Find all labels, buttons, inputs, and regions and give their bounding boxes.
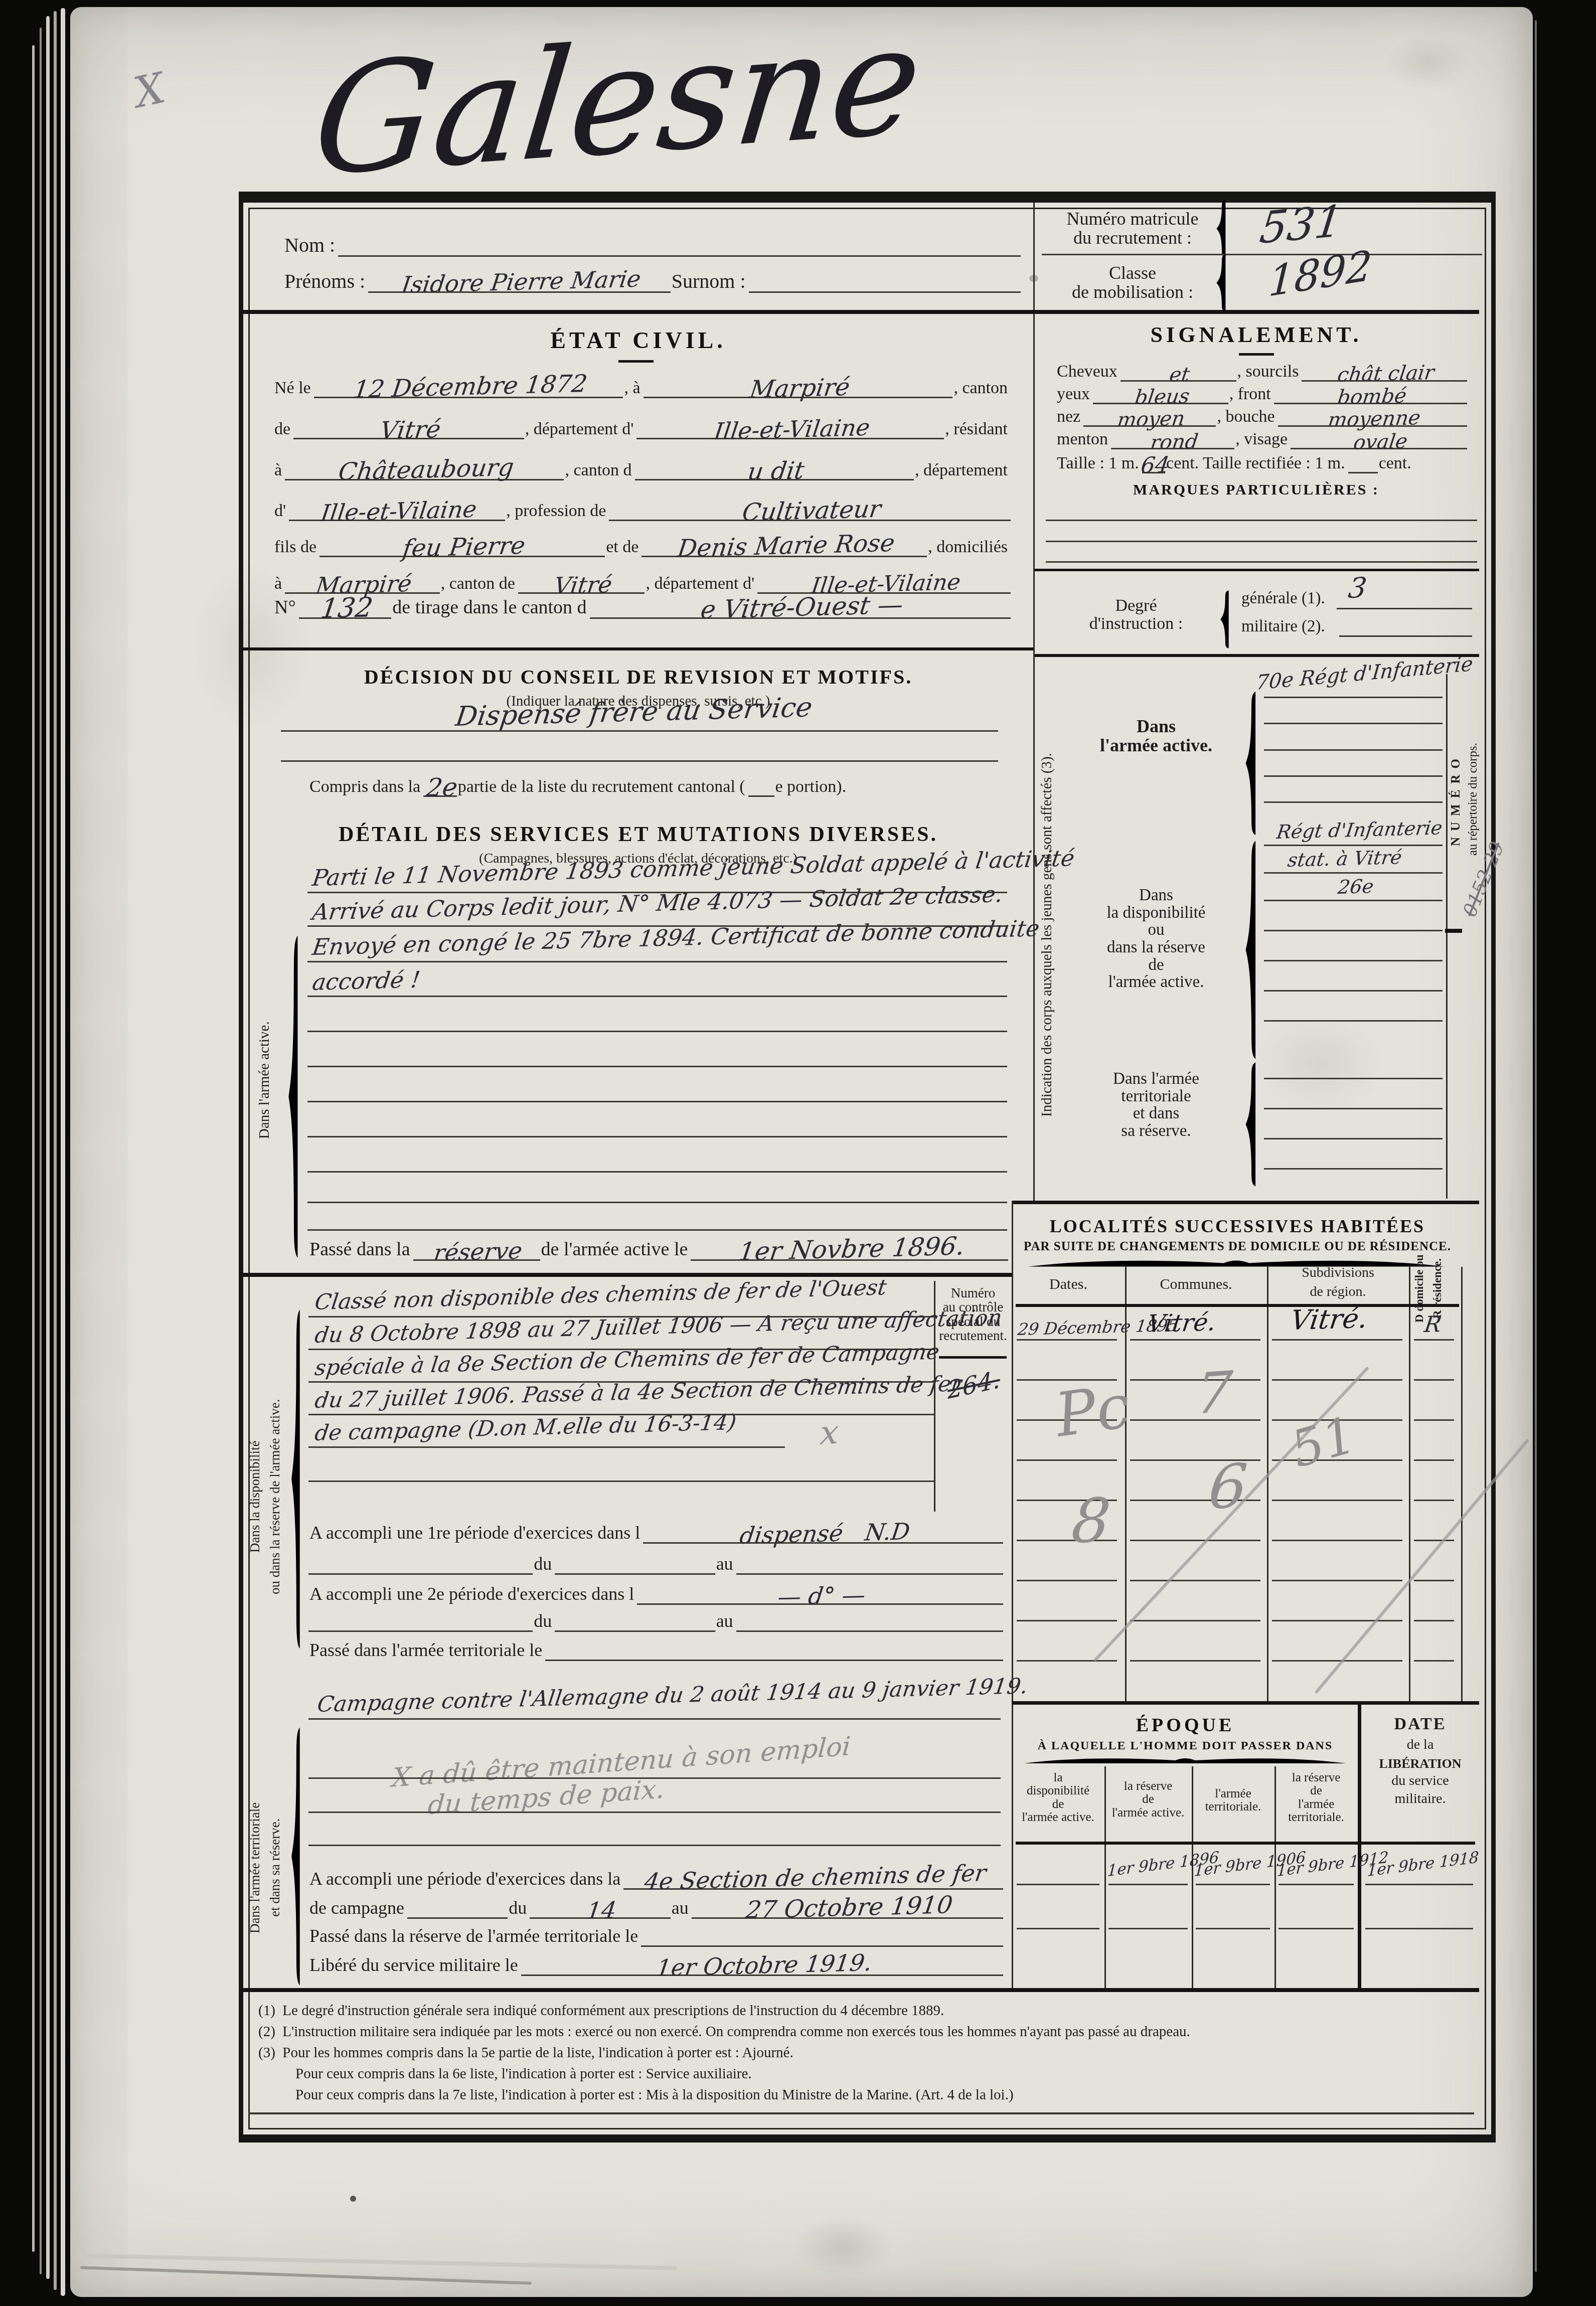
thick-rule xyxy=(1033,654,1479,657)
rule xyxy=(1445,929,1462,933)
line: 1er Octobre 1919. xyxy=(521,1956,1003,1976)
surname-script: Galesne xyxy=(307,5,928,198)
armee-active-label: Dans l'armée active. xyxy=(1071,717,1241,755)
etat-civil-title: ÉTAT CIVIL. xyxy=(243,327,1033,354)
rule xyxy=(1046,541,1477,542)
armee-active-side-label: Dans l'armée active. xyxy=(256,985,276,1176)
thick-rule xyxy=(243,1988,1479,1992)
page-edge xyxy=(54,11,57,2290)
divider xyxy=(1409,1267,1410,1701)
rule xyxy=(1414,1540,1454,1541)
label: de tirage dans le canton d xyxy=(391,598,589,619)
rule xyxy=(1264,801,1443,803)
line xyxy=(555,1573,715,1575)
line xyxy=(407,1917,508,1919)
rule xyxy=(1414,1580,1454,1581)
value: 14 xyxy=(585,1898,618,1922)
thick-rule xyxy=(1016,1842,1475,1845)
disponibilite-side-label1: Dans la disponibilité xyxy=(247,1331,267,1662)
reserve-text4: du 27 juillet 1906. Passé à la 4e Sectio… xyxy=(313,1373,963,1412)
label: , domiciliés xyxy=(927,538,1011,557)
rule xyxy=(1046,520,1477,521)
label: au xyxy=(715,1555,736,1575)
nom-row: Nom : xyxy=(283,232,1021,257)
service-line4: accordé ! xyxy=(311,968,421,994)
rule xyxy=(1017,1660,1117,1662)
line xyxy=(555,1630,715,1632)
etat-civil-row: de Vitré , département d' Ille-et-Vilain… xyxy=(273,410,1011,439)
service-line3: Envoyé en congé le 25 7bre 1894. Certifi… xyxy=(311,917,1041,958)
label: au contrôle xyxy=(935,1300,1011,1314)
etat-civil-row: d' Ille-et-Vilaine , profession de Culti… xyxy=(273,492,1011,521)
label: Dans xyxy=(1071,887,1241,904)
rule xyxy=(1046,561,1477,563)
footnote-5: Pour ceux compris dans la 7e liste, l'in… xyxy=(295,2087,1014,2102)
dispo-corps-value3: 26e xyxy=(1337,877,1375,897)
label: LIBÉRATION xyxy=(1361,1757,1479,1770)
label: la xyxy=(1012,1771,1104,1784)
value: Cultivateur xyxy=(741,497,882,525)
label: Libéré du service militaire le xyxy=(308,1956,521,1976)
rule xyxy=(1042,254,1482,255)
label: , à xyxy=(623,379,643,398)
rule xyxy=(1264,900,1443,901)
rule xyxy=(1264,990,1443,992)
label: Passé dans l'armée territoriale le xyxy=(308,1641,545,1661)
line: réserve xyxy=(413,1241,540,1261)
thick-rule xyxy=(1033,569,1479,571)
active-corps-value: 70e Régt d'Infanterie xyxy=(1255,654,1474,693)
rule xyxy=(1339,635,1472,637)
rule xyxy=(1264,930,1443,931)
rule xyxy=(1108,1928,1188,1929)
label: Né le xyxy=(273,379,314,398)
dispo-corps-value1: Régt d'Infanterie xyxy=(1275,818,1444,842)
nom-line xyxy=(338,255,1021,257)
rule xyxy=(1414,1419,1454,1421)
rule xyxy=(308,1446,785,1448)
epoque-col4-header: la réserve de l'armée territoriale. xyxy=(1274,1771,1358,1824)
dispo-corps-value2: stat. à Vitré xyxy=(1287,848,1403,870)
divider-thick xyxy=(1358,1705,1361,1989)
rule xyxy=(307,1101,1007,1102)
label: de xyxy=(273,420,293,439)
rule xyxy=(1264,1078,1443,1079)
rule xyxy=(939,1356,1007,1359)
brace xyxy=(290,1306,301,1652)
label: Passé dans la xyxy=(308,1240,413,1261)
campagne-line: Campagne contre l'Allemagne du 2 août 19… xyxy=(316,1676,1029,1716)
etat-civil-row: à Châteaubourg , canton d u dit , départ… xyxy=(273,451,1011,480)
footnote-2: (2) L'instruction militaire sera indiqué… xyxy=(258,2024,1190,2039)
rule xyxy=(1130,1580,1260,1581)
label: , canton d xyxy=(564,461,634,480)
thick-rule xyxy=(243,647,1033,650)
rule xyxy=(1272,1379,1402,1381)
degre-labels: Degré d'instruction : xyxy=(1061,597,1211,632)
brace xyxy=(1215,254,1227,312)
epoque-subtitle: À LAQUELLE L'HOMME DOIT PASSER DANS xyxy=(1012,1739,1359,1753)
rule xyxy=(1108,1884,1188,1885)
rule xyxy=(1264,1138,1443,1139)
label: de xyxy=(1071,956,1241,974)
page-edge xyxy=(61,8,65,2296)
label: sa réserve. xyxy=(1071,1122,1241,1140)
line: Ille-et-Vilaine xyxy=(289,502,505,521)
label: territoriale. xyxy=(1274,1811,1358,1824)
rule xyxy=(307,1171,1007,1173)
etat-civil-row: Né le 12 Décembre 1872 , à Marpiré , can… xyxy=(273,369,1011,398)
label: , visage xyxy=(1234,430,1291,449)
label: territoriale xyxy=(1071,1088,1241,1105)
line: Ille-et-Vilaine xyxy=(636,420,944,439)
rule xyxy=(307,1229,1007,1231)
rule xyxy=(1130,1379,1260,1381)
localite-subdiv: Vitré. xyxy=(1289,1305,1369,1334)
brace xyxy=(287,932,299,1261)
pencil-mark: 8 xyxy=(1069,1490,1112,1553)
decision-title: DÉCISION DU CONSEIL DE REVISION ET MOTIF… xyxy=(243,665,1033,689)
label: , canton xyxy=(952,379,1011,398)
rule xyxy=(1272,1660,1402,1662)
rule xyxy=(308,1480,935,1482)
libere-row: Libéré du service militaire le 1er Octob… xyxy=(308,1951,1003,1976)
label: , profession de xyxy=(505,502,609,521)
rule xyxy=(1264,723,1443,724)
rule xyxy=(1414,1660,1454,1662)
label: du service xyxy=(1361,1773,1479,1788)
brace xyxy=(290,1725,301,1988)
divider xyxy=(1033,314,1035,1201)
rule xyxy=(1279,1884,1354,1885)
numero-controle-header: Numéro au contrôle spécial du recrutemen… xyxy=(935,1286,1011,1343)
rule xyxy=(1272,1500,1402,1501)
numero-repertoire-label: NUMÉRO xyxy=(1449,692,1466,907)
prenoms-value: Isidore Pierre Marie xyxy=(400,267,643,296)
rule xyxy=(307,1066,1007,1067)
epoque-title: ÉPOQUE xyxy=(1012,1714,1359,1736)
label: et dans xyxy=(1071,1105,1241,1122)
label: de xyxy=(1012,1798,1104,1811)
value: Ille-et-Vilaine xyxy=(320,498,478,525)
label: l'armée xyxy=(1192,1787,1274,1800)
label: cent. xyxy=(1378,454,1414,473)
col-subdiv-header: Subdivisions xyxy=(1267,1265,1409,1281)
rule xyxy=(307,1031,1007,1032)
rule xyxy=(1196,1928,1270,1929)
generale-label: générale (1). xyxy=(1241,590,1325,607)
line: 132 xyxy=(299,595,392,619)
line: 1er Novbre 1896. xyxy=(691,1239,1008,1261)
rule xyxy=(1264,1108,1443,1109)
line xyxy=(748,795,774,797)
label: A accompli une 2e période d'exercices da… xyxy=(308,1585,637,1605)
divider xyxy=(1033,203,1035,311)
service-line2: Arrivé au Corps ledit jour, N° Mle 4.073… xyxy=(311,883,1004,923)
prenoms-label: Prénoms : xyxy=(283,271,368,293)
rule xyxy=(1264,1020,1443,1022)
col-subdiv-header2: de région. xyxy=(1267,1284,1409,1300)
label: A accompli une 1re période d'exercices d… xyxy=(308,1524,643,1544)
localites-title: LOCALITÉS SUCCESSIVES HABITÉES xyxy=(1012,1216,1463,1237)
value: dispensé N.D xyxy=(738,1520,911,1547)
line: e Vitré-Ouest — xyxy=(590,597,1011,619)
line xyxy=(1348,472,1378,473)
label: ou xyxy=(1071,921,1241,939)
reserve-text5: de campagne (D.on M.elle du 16-3-14) xyxy=(313,1412,737,1444)
line: 27 Octobre 1910 xyxy=(692,1898,1003,1919)
reserve-text3: spéciale à la 8e Section de Chemins de f… xyxy=(313,1342,941,1379)
line xyxy=(308,1630,533,1632)
rule xyxy=(1272,1540,1402,1541)
rule xyxy=(618,360,654,363)
col-dates-header: Dates. xyxy=(1012,1276,1125,1293)
surnom-label: Surnom : xyxy=(671,271,749,293)
footnote-4: Pour ceux compris dans la 6e liste, l'in… xyxy=(295,2066,752,2081)
value: 1er Octobre 1919. xyxy=(655,1951,873,1980)
label: la réserve xyxy=(1274,1771,1358,1784)
line: Marpiré xyxy=(644,378,953,398)
label: d'instruction : xyxy=(1061,615,1211,633)
pencil-mark: 7 xyxy=(1194,1364,1234,1423)
value: 1er Novbre 1896. xyxy=(737,1233,966,1264)
scanned-register-page: X Galesne Nom : Prénoms : Isidore Pierre… xyxy=(0,0,1596,2306)
label: du xyxy=(533,1612,555,1632)
line: u dit xyxy=(635,460,914,480)
line: feu Pierre xyxy=(320,537,605,557)
line xyxy=(308,1573,533,1575)
label: , département xyxy=(914,461,1011,480)
rule xyxy=(1017,1620,1117,1621)
rule xyxy=(248,2112,1474,2114)
etat-civil-row: fils de feu Pierre et de Denis Marie Ros… xyxy=(273,528,1011,557)
rule xyxy=(1414,1339,1454,1341)
rule xyxy=(281,730,998,732)
localite-commune: Vitré. xyxy=(1146,1310,1217,1336)
detail-title: DÉTAIL DES SERVICES ET MUTATIONS DIVERSE… xyxy=(243,822,1033,847)
rule xyxy=(1017,1459,1117,1461)
line: 4e Section de chemins de fer xyxy=(623,1870,1003,1890)
surnom-line xyxy=(749,291,1021,293)
label: dans la réserve xyxy=(1071,939,1241,956)
rule xyxy=(308,1845,1001,1846)
epoque-date-header: DATE de la LIBÉRATION du service militai… xyxy=(1361,1715,1479,1806)
rule xyxy=(1130,1339,1260,1341)
matricule-value: 531 xyxy=(1257,199,1345,250)
label: Degré xyxy=(1061,597,1211,615)
value: 12 Décembre 1872 xyxy=(352,372,589,402)
classe-block: Classe de mobilisation : 1892 xyxy=(1050,261,1481,305)
rule xyxy=(1017,1339,1117,1341)
periode2-row: A accompli une 2e période d'exercices da… xyxy=(308,1578,1003,1605)
line: rond xyxy=(1111,433,1234,449)
signalement-row: nez moyen , bouche moyenne xyxy=(1056,402,1467,427)
rule xyxy=(308,1718,1001,1720)
rule xyxy=(1279,1928,1354,1929)
reserve-text1: Classé non disponible des chemins de fer… xyxy=(313,1277,888,1313)
label: l'armée active. xyxy=(1104,1806,1192,1820)
rule xyxy=(1414,1620,1454,1621)
epoque-col1-header: la disponibilité de l'armée active. xyxy=(1012,1771,1104,1824)
taille-row: Taille : 1 m. 64 cent. Taille rectifiée … xyxy=(1056,449,1467,473)
compris-row: Compris dans la 2e partie de la liste du… xyxy=(308,769,976,797)
classe-label2: de mobilisation : xyxy=(1050,283,1215,302)
label: recrutement. xyxy=(935,1329,1011,1343)
divider xyxy=(1012,1201,1013,1989)
footnote-3: (3) Pour les hommes compris dans la 5e p… xyxy=(258,2045,793,2060)
line: 2e xyxy=(423,775,457,797)
passe-reserve-territoriale-row: Passé dans la réserve de l'armée territo… xyxy=(308,1922,1003,1947)
value: Ille-et-Vilaine xyxy=(713,416,871,443)
label: spécial du xyxy=(935,1314,1011,1329)
rule xyxy=(1414,1379,1454,1381)
disponibilite-label: Dans la disponibilité ou dans la réserve… xyxy=(1071,887,1241,991)
passe-territoriale-row: Passé dans l'armée territoriale le xyxy=(308,1635,1003,1661)
label: du xyxy=(508,1899,530,1919)
rule xyxy=(1414,1459,1454,1461)
nom-label: Nom : xyxy=(283,235,338,257)
label: N° xyxy=(273,598,299,619)
rule xyxy=(1239,353,1274,356)
rule xyxy=(1264,845,1443,846)
rule xyxy=(1017,1580,1117,1581)
label: Passé dans la réserve de l'armée territo… xyxy=(308,1927,641,1947)
rule xyxy=(1264,960,1443,961)
page-edge xyxy=(46,16,50,2279)
rule xyxy=(307,961,1007,962)
rule xyxy=(1130,1620,1260,1621)
label: A accompli une période d'exercices dans … xyxy=(308,1870,623,1890)
thick-rule xyxy=(243,1273,1012,1277)
label: la réserve xyxy=(1104,1780,1192,1793)
line xyxy=(641,1945,1003,1947)
line: Denis Marie Rose xyxy=(642,537,927,557)
passe-reserve-row: Passé dans la réserve de l'armée active … xyxy=(308,1232,1008,1261)
militaire-label: militaire (2). xyxy=(1241,618,1325,635)
rule xyxy=(1130,1540,1260,1541)
rule xyxy=(1365,1884,1473,1885)
divider xyxy=(1267,1267,1268,1701)
prenoms-line: Isidore Pierre Marie xyxy=(368,273,671,293)
rule xyxy=(307,1136,1007,1137)
label: du xyxy=(533,1555,555,1575)
localites-subtitle: PAR SUITE DE CHANGEMENTS DE DOMICILE OU … xyxy=(1012,1240,1463,1254)
line: dispensé N.D xyxy=(643,1524,1003,1544)
thick-rule xyxy=(1012,1201,1479,1204)
label: de la xyxy=(1361,1737,1479,1752)
divider xyxy=(1446,674,1448,1199)
territoriale-side-label1: Dans l'armée territoriale xyxy=(247,1747,267,1988)
line xyxy=(736,1630,1003,1632)
line xyxy=(736,1573,1003,1575)
line: Vitré xyxy=(293,419,524,439)
label: Compris dans la xyxy=(308,778,423,797)
rule xyxy=(308,1811,1001,1813)
matricule-label: Numéro matricule xyxy=(1050,210,1215,229)
signalement-row: yeux bleus , front bombé xyxy=(1056,379,1467,404)
pencil-mark: 6 xyxy=(1206,1456,1249,1519)
label: DATE xyxy=(1361,1715,1479,1733)
label: de campagne xyxy=(308,1899,407,1919)
brace xyxy=(1244,839,1257,1061)
rule xyxy=(307,1202,1007,1203)
pencil-mark: Pc xyxy=(1052,1376,1134,1446)
decision-value: Dispensé frère au Service xyxy=(454,694,814,730)
value: — d° — xyxy=(776,1583,867,1608)
label: Dans l'armée xyxy=(1071,1070,1241,1088)
col-communes-header: Communes. xyxy=(1125,1276,1267,1293)
thick-rule xyxy=(1016,1304,1459,1307)
label: Numéro xyxy=(935,1286,1011,1300)
prenoms-row: Prénoms : Isidore Pierre Marie Surnom : xyxy=(283,267,1021,293)
label: partie de la liste du recrutement canton… xyxy=(457,778,748,797)
label: Dans xyxy=(1071,717,1241,736)
label: de xyxy=(1274,1784,1358,1797)
line: 12 Décembre 1872 xyxy=(314,378,623,398)
value: 2e xyxy=(425,774,459,800)
disponibilite-side-label2: ou dans la réserve de l'armée active. xyxy=(267,1331,287,1662)
divider xyxy=(1461,1267,1463,1701)
label: de xyxy=(1104,1793,1192,1806)
matricule-label2: du recrutement : xyxy=(1050,229,1215,248)
label: fils de xyxy=(273,538,320,557)
rule xyxy=(1130,1660,1260,1662)
label: de l'armée active le xyxy=(540,1240,691,1261)
periode1-row: A accompli une 1re période d'exercices d… xyxy=(308,1516,1003,1544)
label: disponibilité xyxy=(1012,1784,1104,1797)
epoque-col3-header: l'armée territoriale. xyxy=(1192,1787,1274,1814)
label: , résidant xyxy=(944,420,1011,439)
line: 64 xyxy=(1142,455,1165,473)
footnote-1: (1) Le degré d'instruction générale sera… xyxy=(258,2003,944,2018)
label: à xyxy=(273,461,285,480)
line: Châteaubourg xyxy=(285,460,564,480)
label: au xyxy=(715,1612,736,1632)
label: territoriale. xyxy=(1192,1800,1274,1814)
label: militaire. xyxy=(1361,1791,1479,1806)
localite-dr: R xyxy=(1423,1313,1443,1336)
label: au xyxy=(671,1899,692,1919)
rule xyxy=(1365,1928,1473,1929)
line: 14 xyxy=(530,1899,671,1919)
territoriale-label: Dans l'armée territoriale et dans sa rés… xyxy=(1071,1070,1241,1140)
value: 27 Octobre 1910 xyxy=(744,1893,954,1922)
line xyxy=(545,1660,1003,1661)
rule xyxy=(1272,1580,1402,1581)
epoque-col2-header: la réserve de l'armée active. xyxy=(1104,1780,1192,1820)
matricule-block: Numéro matricule du recrutement : 531 xyxy=(1050,207,1481,251)
pencil-stroke xyxy=(1093,1366,1369,1662)
label: l'armée active. xyxy=(1012,1811,1104,1824)
value: Vitré xyxy=(379,417,442,443)
label: Taille : 1 m. xyxy=(1056,454,1142,473)
rule xyxy=(1017,1928,1099,1929)
campagne-du-au-row: de campagne du 14 au 27 Octobre 1910 xyxy=(308,1894,1003,1919)
periode-exercices-row: A accompli une période d'exercices dans … xyxy=(308,1864,1003,1890)
rule xyxy=(1272,1339,1402,1341)
territoriale-side-label2: et dans sa réserve. xyxy=(267,1747,287,1988)
value: u dit xyxy=(746,458,806,484)
line: Cultivateur xyxy=(609,501,1011,521)
brace xyxy=(1244,690,1257,837)
rule xyxy=(1414,1500,1454,1501)
line: ovale xyxy=(1291,433,1467,449)
label: menton xyxy=(1056,430,1111,449)
value: 132 xyxy=(319,594,375,622)
brace xyxy=(1219,590,1230,649)
rule xyxy=(281,760,998,762)
value: feu Pierre xyxy=(401,534,527,561)
